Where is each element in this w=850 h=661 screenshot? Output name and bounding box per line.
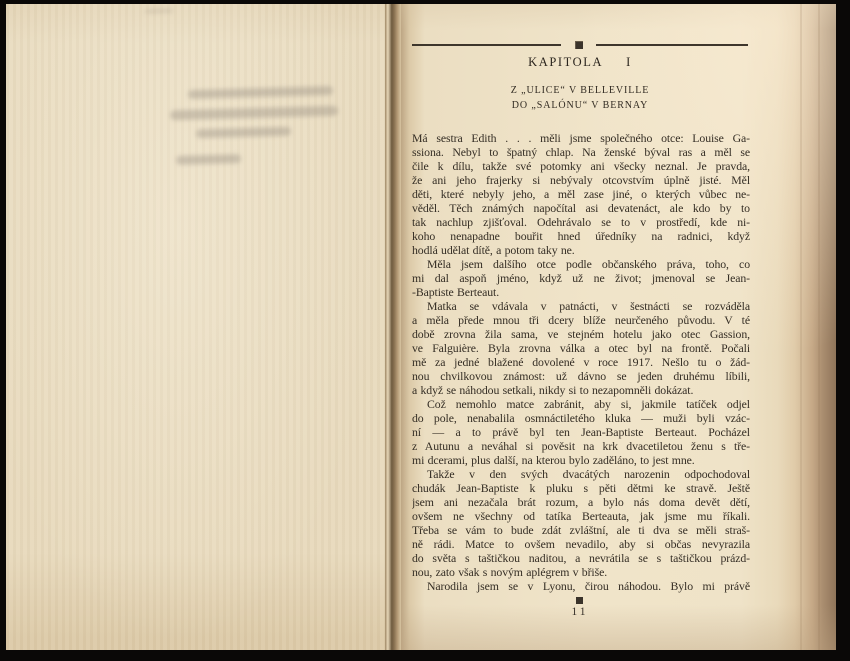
text-line: čile k dílu, takže své potomky ani všeck…: [412, 159, 750, 173]
text-line: mi dcerami, plus další, na kterou bylo z…: [412, 453, 750, 467]
text-line: mi dal aspoň jméno, když už ne život; jm…: [412, 271, 750, 285]
text-line: Takže v den svých dvacátých narozenin od…: [412, 467, 750, 481]
chapter-number: I: [626, 55, 632, 69]
rule-right-segment: [596, 44, 748, 46]
book-scan: KAPITOLAI Z „ULICE“ V BELLEVILLE DO „SAL…: [0, 0, 850, 661]
show-through-mark: [145, 9, 173, 14]
text-line: a když se náhodou setkali, nikdy si to n…: [412, 383, 750, 397]
text-line: tak nachlup zjišťoval. Odehrávalo se to …: [412, 215, 750, 229]
text-line: ní — a to právě byl ten Jean-Baptiste Be…: [412, 425, 750, 439]
text-line: do pole, nenabalila osmnáctiletého kluka…: [412, 411, 750, 425]
body-text: Má sestra Edith . . . měli jsme společné…: [412, 131, 750, 593]
text-line: do světa s taštičkou naditou, a nevrátil…: [412, 551, 750, 565]
text-line: děti, které nebyly jeho, a měl zase jiné…: [412, 187, 750, 201]
left-page: [6, 4, 385, 650]
text-line: ve Falguière. Byla zrovna válka a otec b…: [412, 341, 750, 355]
chapter-label: KAPITOLA: [528, 55, 603, 69]
text-line: ssiona. Nebyl to špatný chlap. Na ženské…: [412, 145, 750, 159]
subtitle-line: DO „SALÓNU“ V BERNAY: [412, 99, 748, 114]
text-line: jsem ani nezačala brát rozum, a bylo nás…: [412, 495, 750, 509]
text-line: Třeba se vám to bude zdát zvláštní, ale …: [412, 523, 750, 537]
chapter-subtitle: Z „ULICE“ V BELLEVILLE DO „SALÓNU“ V BER…: [412, 84, 748, 113]
text-line: ovšem ne všechny od tatíka Berteauta, ja…: [412, 509, 750, 523]
square-ornament-icon: [575, 41, 583, 49]
page-crease: [800, 4, 802, 650]
page-number: 11: [412, 606, 748, 618]
text-line: nou chvilkovou známost: už dávno se jede…: [412, 369, 750, 383]
text-line: a měla přede mnou tři dcery blíže neurče…: [412, 313, 750, 327]
text-line: Měla jsem dalšího otce podle občanského …: [412, 257, 750, 271]
text-line: Což nemohlo matce zabránit, aby si, jakm…: [412, 397, 750, 411]
right-page: KAPITOLAI Z „ULICE“ V BELLEVILLE DO „SAL…: [401, 4, 836, 650]
text-line: koho nenapadne bouřit hned úředníky na r…: [412, 229, 750, 243]
text-line: mě za jedné blažené dovolené v roce 1917…: [412, 355, 750, 369]
text-line: Matka se vdávala v patnácti, v šestnácti…: [412, 299, 750, 313]
text-line: věděl. Těch známých napočítal asi devate…: [412, 201, 750, 215]
text-line: -Baptiste Berteaut.: [412, 285, 750, 299]
chapter-heading: KAPITOLAI: [412, 55, 748, 70]
show-through-mark: [196, 127, 291, 139]
text-line: ně rádi. Matce to ovšem nevadilo, aby si…: [412, 537, 750, 551]
subtitle-line: Z „ULICE“ V BELLEVILLE: [412, 84, 748, 99]
show-through-mark: [170, 106, 338, 121]
book-gutter: [385, 4, 401, 650]
text-line: době zrovna žila sama, ve stejném hotelu…: [412, 327, 750, 341]
text-line: Narodila jsem se v Lyonu, čirou náhodou.…: [412, 579, 750, 593]
show-through-mark: [176, 154, 241, 165]
text-line: že ani jeho frajerky si nebývaly otcovst…: [412, 173, 750, 187]
show-through-mark: [188, 86, 333, 99]
header-rule: [412, 41, 748, 49]
text-line: chudák Jean-Baptiste k pluku s pěti dětm…: [412, 481, 750, 495]
rule-left-segment: [412, 44, 561, 46]
text-line: Má sestra Edith . . . měli jsme společné…: [412, 131, 750, 145]
page-crease: [818, 4, 820, 650]
square-ornament-icon: [576, 597, 583, 604]
text-line: hodlá udělat dítě, a potom taky ne.: [412, 243, 750, 257]
text-line: z Autunu a neváhal si pověsit na krk dva…: [412, 439, 750, 453]
text-line: nou, zato však s novým aplégrem v břiše.: [412, 565, 750, 579]
